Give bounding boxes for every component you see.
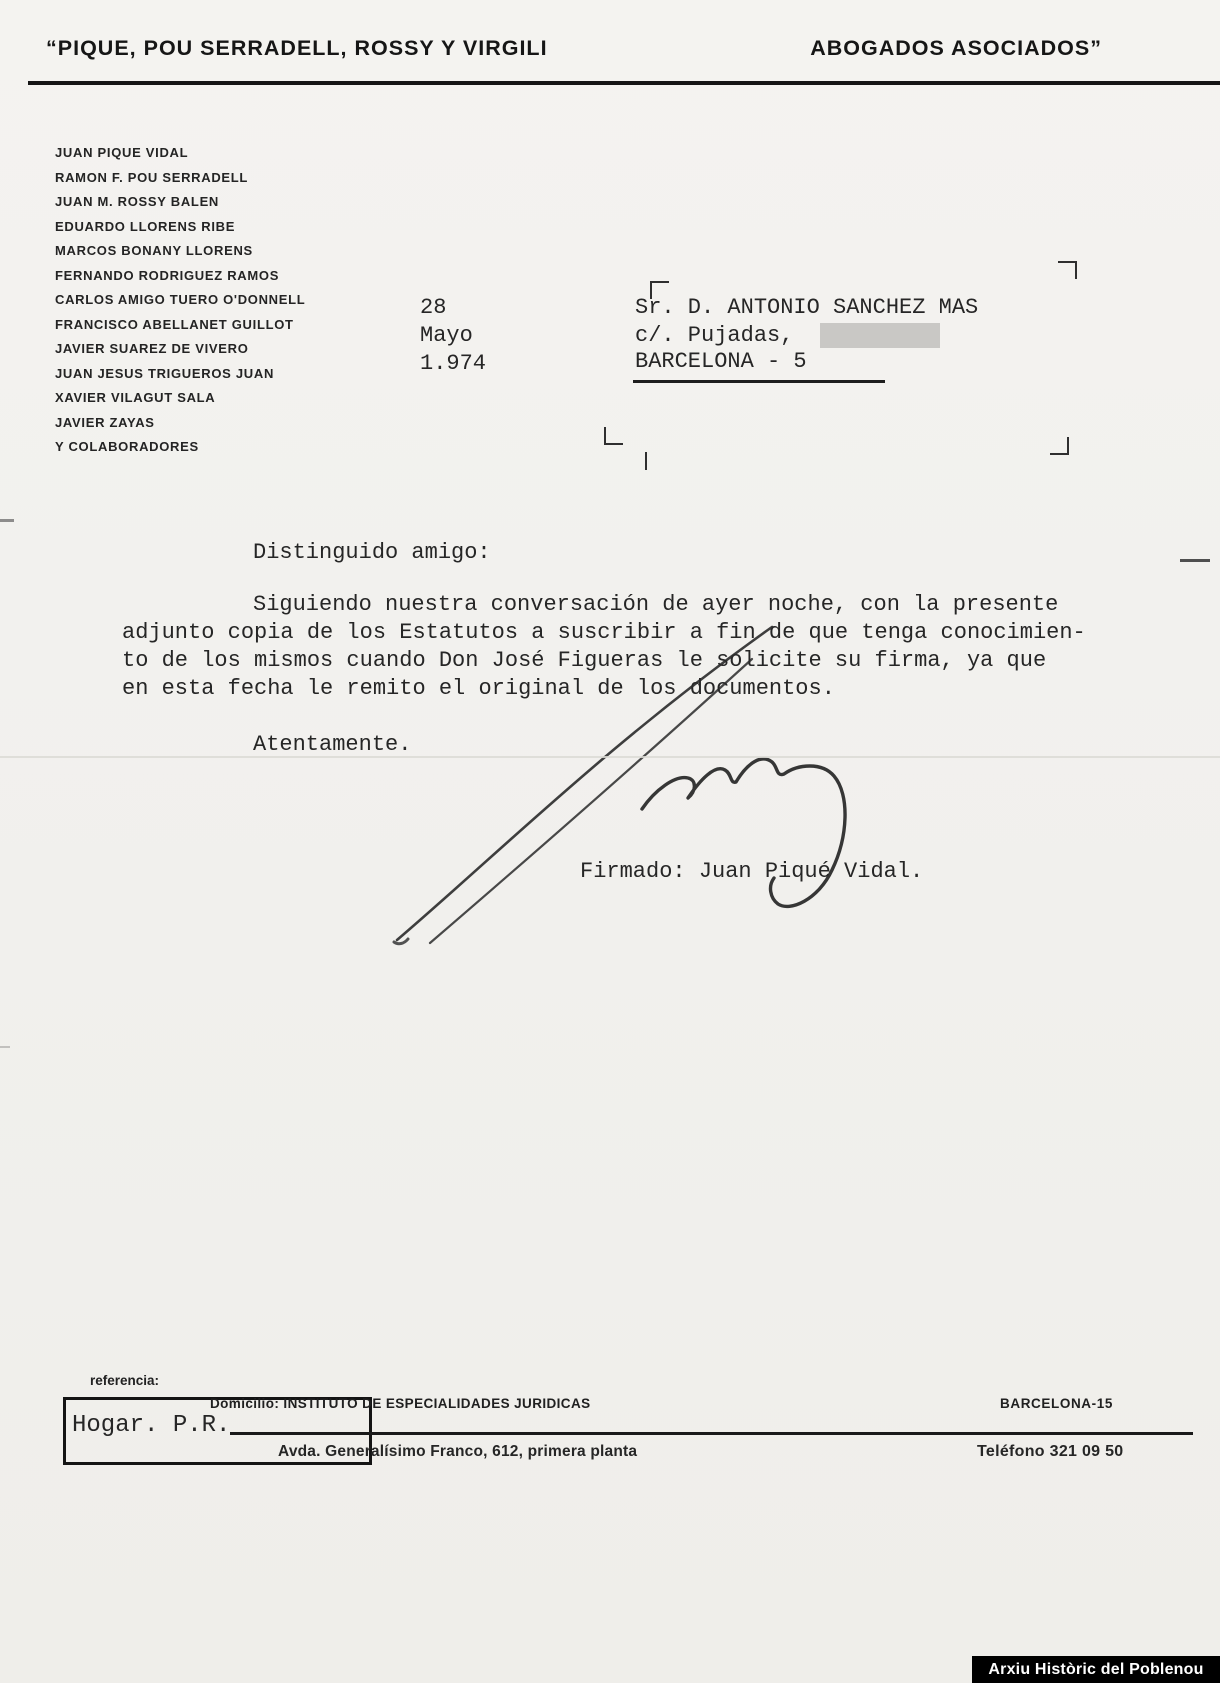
domicilio-line: Domicilio: INSTITUTO DE ESPECIALIDADES J… (210, 1396, 591, 1411)
scanned-letter-page: “PIQUE, POU SERRADELL, ROSSY Y VIRGILI A… (0, 0, 1220, 1683)
left-edge-mark-lower (0, 1046, 10, 1048)
recipient-name: Sr. D. ANTONIO SANCHEZ MAS (635, 294, 978, 322)
header-rule (28, 81, 1220, 85)
letterhead-name: FRANCISCO ABELLANET GUILLOT (55, 313, 395, 338)
letterhead-name: RAMON F. POU SERRADELL (55, 166, 395, 191)
date-block: 28 Mayo 1.974 (420, 294, 486, 378)
letterhead-name: JUAN PIQUE VIDAL (55, 141, 395, 166)
recipient-city: BARCELONA - 5 (633, 349, 885, 383)
letterhead-name: JUAN M. ROSSY BALEN (55, 190, 395, 215)
letterhead-names: JUAN PIQUE VIDAL RAMON F. POU SERRADELL … (55, 141, 395, 460)
firm-type: ABOGADOS ASOCIADOS” (810, 36, 1102, 61)
firm-name: “PIQUE, POU SERRADELL, ROSSY Y VIRGILI (46, 36, 548, 61)
date-month: Mayo (420, 322, 486, 350)
archive-watermark: Arxiu Històric del Poblenou (972, 1656, 1220, 1683)
letterhead-name: JAVIER SUAREZ DE VIVERO (55, 337, 395, 362)
salutation: Distinguido amigo: (253, 540, 491, 565)
left-edge-mark (0, 519, 14, 522)
crop-mark-top-right (1058, 261, 1077, 279)
footer-address: Avda. Generalísimo Franco, 612, primera … (278, 1443, 637, 1461)
domicilio-value: INSTITUTO DE ESPECIALIDADES JURIDICAS (283, 1396, 590, 1411)
fold-line (0, 756, 1220, 758)
reference-label: referencia: (90, 1373, 159, 1388)
crop-mark-tick (645, 452, 647, 470)
letterhead-collaborators: Y COLABORADORES (55, 435, 395, 460)
body-paragraph: Siguiendo nuestra conversación de ayer n… (122, 591, 1122, 703)
letterhead-name: JUAN JESUS TRIGUEROS JUAN (55, 362, 395, 387)
letterhead-name: XAVIER VILAGUT SALA (55, 386, 395, 411)
letterhead-name: FERNANDO RODRIGUEZ RAMOS (55, 264, 395, 289)
letterhead-name: JAVIER ZAYAS (55, 411, 395, 436)
closing: Atentamente. (253, 732, 411, 757)
signed-by: Firmado: Juan Piqué Vidal. (580, 859, 923, 884)
body-line: adjunto copia de los Estatutos a suscrib… (122, 619, 1122, 647)
footer-phone: Teléfono 321 09 50 (977, 1443, 1124, 1461)
letterhead-name: EDUARDO LLORENS RIBE (55, 215, 395, 240)
date-year: 1.974 (420, 350, 486, 378)
redacted-text-block (820, 323, 940, 348)
letterhead-name: MARCOS BONANY LLORENS (55, 239, 395, 264)
date-day: 28 (420, 294, 486, 322)
letterhead-name: CARLOS AMIGO TUERO O'DONNELL (55, 288, 395, 313)
footer-rule (230, 1432, 1193, 1435)
body-line: Siguiendo nuestra conversación de ayer n… (122, 591, 1122, 619)
reference-value: Hogar. P.R. (72, 1412, 230, 1439)
footer-district: BARCELONA-15 (1000, 1396, 1113, 1411)
crop-mark-bottom-left (604, 427, 623, 445)
body-line: en esta fecha le remito el original de l… (122, 675, 1122, 703)
crop-mark-bottom-right (1050, 437, 1069, 455)
right-edge-mark (1180, 559, 1210, 562)
body-line: to de los mismos cuando Don José Figuera… (122, 647, 1122, 675)
domicilio-label: Domicilio: (210, 1396, 279, 1411)
